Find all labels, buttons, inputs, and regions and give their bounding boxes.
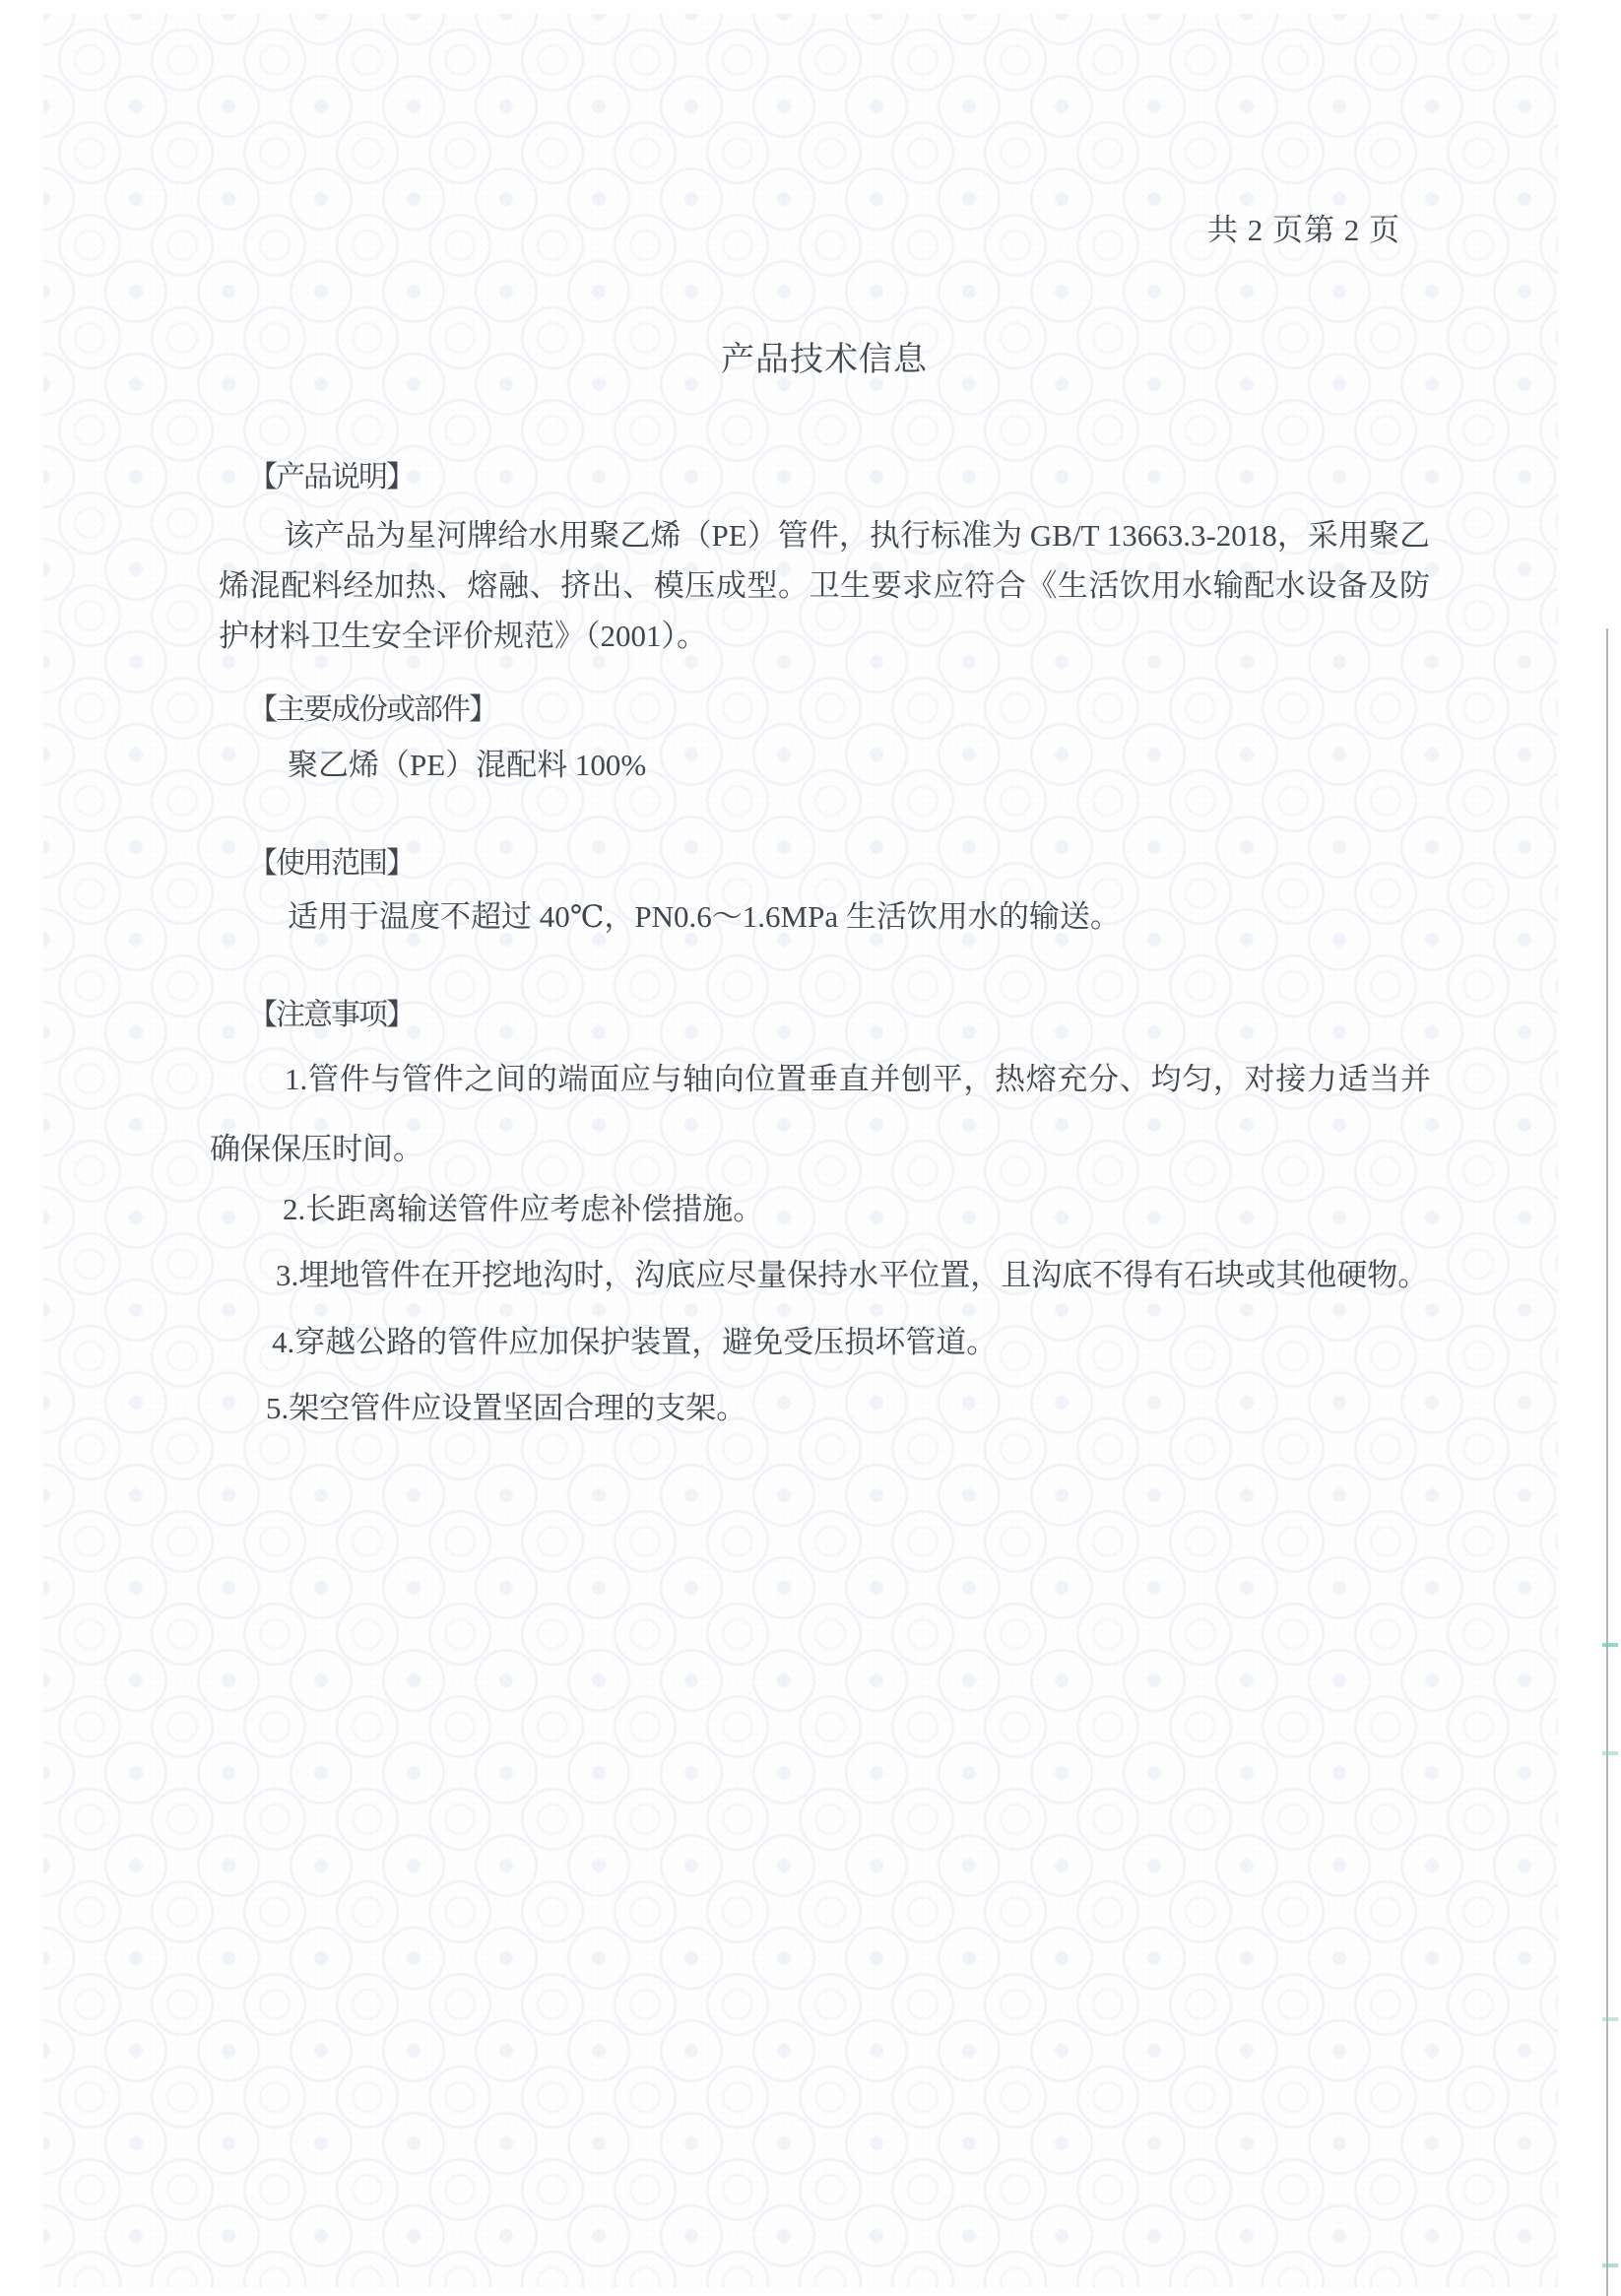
section-heading-usage-range: 【使用范围】 [248, 838, 414, 882]
precaution-item-1: 1.管件与管件之间的端面应与轴向位置垂直并刨平，热熔充分、均匀，对接力适当并确保… [210, 1044, 1431, 1184]
page-indicator: 共 2 页第 2 页 [1207, 205, 1400, 249]
scan-color-tick [1602, 2263, 1618, 2267]
precaution-item-3: 3.埋地管件在开挖地沟时，沟底应尽量保持水平位置，且沟底不得有石块或其他硬物。 [276, 1250, 1428, 1294]
section-heading-main-components: 【主要成份或部件】 [248, 685, 496, 728]
precaution-item-2: 2.长距离输送管件应考虑补偿措施。 [283, 1184, 763, 1228]
scan-color-tick [1602, 1643, 1618, 1647]
section-heading-product-description: 【产品说明】 [248, 452, 414, 495]
main-components-text: 聚乙烯（PE）混配料 100% [288, 740, 646, 784]
usage-range-text: 适用于温度不超过 40℃，PN0.6～1.6MPa 生活饮用水的输送。 [288, 891, 1121, 936]
scan-fold-line [1606, 628, 1608, 2296]
scan-color-tick [1602, 1751, 1618, 1755]
scan-color-tick [1602, 2017, 1618, 2021]
precaution-item-5: 5.架空管件应设置坚固合理的支架。 [266, 1383, 746, 1427]
precaution-item-4: 4.穿越公路的管件应加保护装置，避免受压损坏管道。 [272, 1317, 997, 1361]
product-description-paragraph: 该产品为星河牌给水用聚乙烯（PE）管件，执行标准为 GB/T 13663.3-2… [219, 510, 1430, 661]
section-heading-precautions: 【注意事项】 [248, 990, 414, 1033]
document-title: 产品技术信息 [721, 332, 928, 380]
scanned-document-page: 共 2 页第 2 页 产品技术信息 【产品说明】 该产品为星河牌给水用聚乙烯（P… [0, 0, 1621, 2296]
